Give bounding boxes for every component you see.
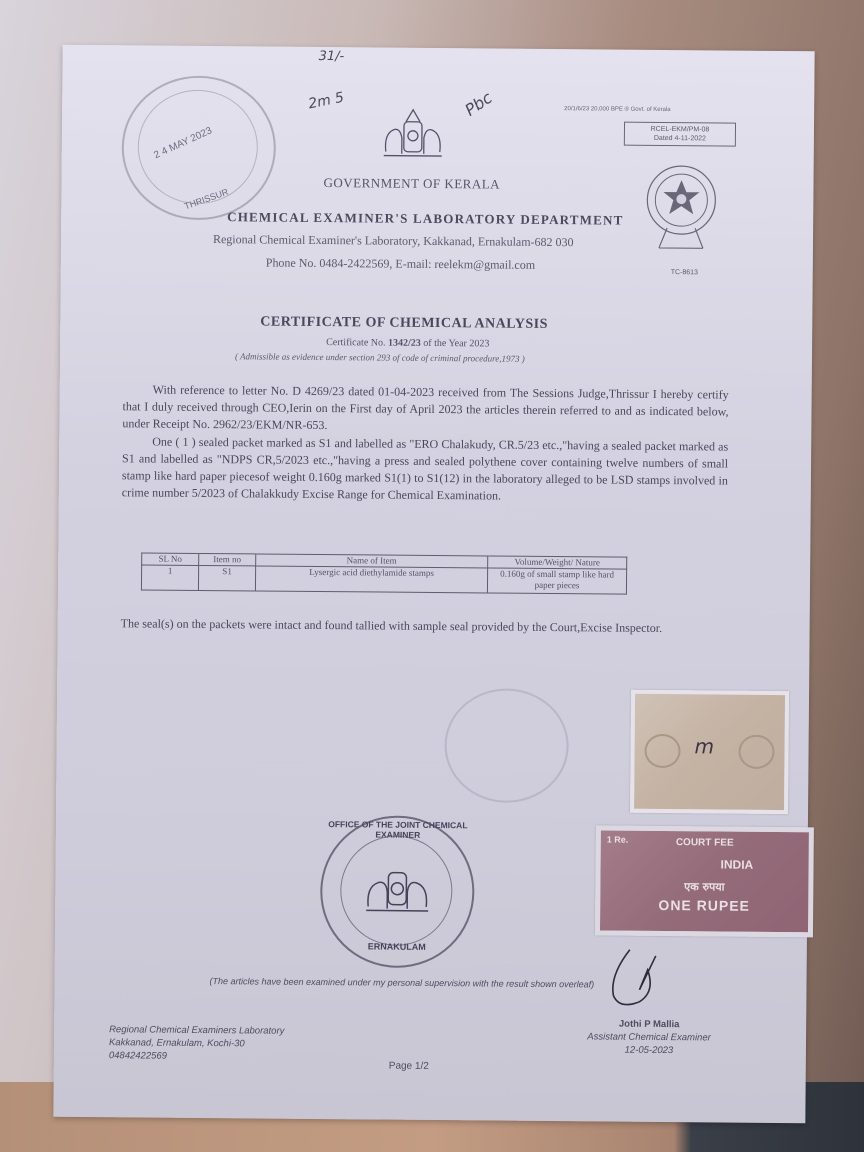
- supervision-note: (The articles have been examined under m…: [209, 976, 594, 989]
- stamp-signature: m: [694, 734, 714, 758]
- lab-address: Regional Chemical Examiner's Laboratory,…: [213, 232, 574, 250]
- lab-contact: Phone No. 0484-2422569, E-mail: reelekm@…: [266, 256, 535, 273]
- stamp-value: ONE RUPEE: [600, 896, 808, 914]
- table-row: 1 S1 Lysergic acid diethylamide stamps 0…: [141, 565, 626, 594]
- footer-lab-info: Regional Chemical Examiners Laboratory K…: [109, 1023, 285, 1064]
- print-line: 20/1/6/23 20,000 BPE ® Govt. of Kerala: [564, 106, 671, 113]
- accreditation-code: TC-8613: [671, 269, 698, 276]
- faint-embossed-seal: [444, 688, 569, 803]
- government-title: GOVERNMENT OF KERALA: [323, 175, 500, 193]
- stamp-country: INDIA: [721, 858, 754, 872]
- office-seal-location: ERNAKULAM: [322, 941, 472, 952]
- office-seal: OFFICE OF THE JOINT CHEMICAL EXAMINER ER…: [320, 815, 475, 968]
- certificate-title: CERTIFICATE OF CHEMICAL ANALYSIS: [260, 314, 548, 333]
- header-item-no: Item no: [199, 553, 256, 565]
- certificate-document: 31/- 2m 5 Pbc 2 4 MAY 2023 THRISSUR 20/1…: [53, 45, 814, 1124]
- certificate-number-line: Certificate No. 1342/23 of the Year 2023: [326, 337, 489, 349]
- signature-icon: [599, 945, 670, 1012]
- revenue-stamp: m: [630, 690, 789, 814]
- footer-lab-phone: 04842422569: [109, 1049, 284, 1064]
- page-number: Page 1/2: [389, 1061, 429, 1072]
- items-table: SL No Item no Name of Item Volume/Weight…: [141, 552, 627, 594]
- cell-item-name: Lysergic acid diethylamide stamps: [255, 566, 487, 593]
- signatory-block: Jothi P Mallia Assistant Chemical Examin…: [574, 1017, 724, 1057]
- certificate-number: 1342/23: [388, 338, 421, 349]
- handwritten-initials-2: Pbc: [461, 88, 495, 120]
- stamp-court-fee-label: COURT FEE: [601, 836, 809, 849]
- form-code-box: RCEL-EKM/PM-08 Dated 4-11-2022: [624, 122, 736, 147]
- handwritten-fee-mark: 31/-: [319, 49, 345, 64]
- packet-description-paragraph: One ( 1 ) sealed packet marked as S1 and…: [122, 433, 729, 506]
- kerala-emblem-icon: [378, 103, 449, 164]
- handwritten-initials: 2m 5: [307, 90, 345, 113]
- accreditation-logo-icon: [641, 162, 722, 259]
- stamp-value-hindi: एक रुपया: [600, 878, 808, 895]
- signatory-title: Assistant Chemical Examiner: [574, 1030, 724, 1044]
- reference-paragraph: With reference to letter No. D 4269/23 d…: [122, 381, 728, 437]
- cell-volume: 0.160g of small stamp like hard paper pi…: [487, 568, 626, 594]
- seal-verification-paragraph: The seal(s) on the packets were intact a…: [121, 615, 727, 637]
- office-seal-text: OFFICE OF THE JOINT CHEMICAL EXAMINER: [323, 819, 473, 840]
- admissibility-note: ( Admissible as evidence under section 2…: [235, 351, 525, 364]
- header-sl-no: SL No: [142, 553, 199, 565]
- signatory-name: Jothi P Mallia: [574, 1017, 724, 1031]
- seal-emblem-icon: [362, 857, 433, 920]
- cell-item-no: S1: [198, 565, 255, 590]
- court-fee-stamp: COURT FEE 1 Re. INDIA एक रुपया ONE RUPEE: [595, 825, 814, 937]
- form-date: Dated 4-11-2022: [625, 134, 735, 144]
- department-title: CHEMICAL EXAMINER'S LABORATORY DEPARTMEN…: [227, 209, 623, 228]
- stamp-denomination: 1 Re.: [607, 835, 629, 845]
- cell-sl-no: 1: [141, 565, 198, 590]
- signed-date: 12-05-2023: [574, 1043, 724, 1057]
- received-date-seal: 2 4 MAY 2023 THRISSUR: [121, 75, 276, 220]
